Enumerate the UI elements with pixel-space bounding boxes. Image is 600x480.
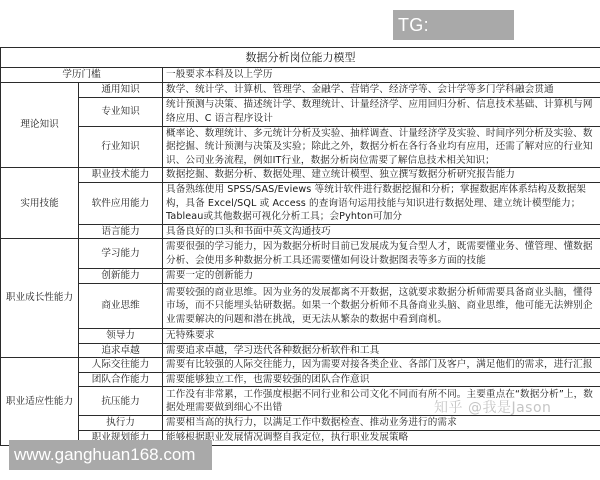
sub-item: 专业知识 (79, 97, 163, 126)
sub-desc: 需要相当高的执行力，以满足工作中数据检查、推动业务进行的需求 (163, 416, 600, 431)
sub-item: 行业知识 (79, 126, 163, 168)
table-title-row: 数据分析岗位能力模型 (1, 48, 600, 68)
table-row: 行业知识 概率论、数理统计、多元统计分析及实验、抽样调查、计量经济学及实验、时间… (1, 126, 600, 168)
sub-item: 职业技术能力 (79, 168, 163, 183)
sub-desc: 需要较强的商业思维。因为业务的发展都离不开数据，这就要求数据分析师需要具备商业头… (163, 283, 600, 328)
table-row: 执行力 需要相当高的执行力，以满足工作中数据检查、推动业务进行的需求 (1, 416, 600, 431)
table-row: 商业思维 需要较强的商业思维。因为业务的发展都离不开数据，这就要求数据分析师需要… (1, 283, 600, 328)
table-row: 职业成长性能力 学习能力 需要很强的学习能力，因为数据分析时目前已发展成为复合型… (1, 239, 600, 269)
education-desc: 一般要求本科及以上学历 (163, 68, 600, 83)
sub-desc: 具备熟练使用 SPSS/SAS/Eviews 等统计软件进行数据挖掘和分析；掌握… (163, 182, 600, 224)
sub-desc: 数学、统计学、计算机、管理学、金融学、营销学、经济学等、会计学等多门学科融会贯通 (163, 82, 600, 97)
table-row: 语言能力 具备良好的口头和书面中英文沟通技巧 (1, 224, 600, 239)
table-row: 理论知识 通用知识 数学、统计学、计算机、管理学、金融学、营销学、经济学等、会计… (1, 82, 600, 97)
sub-item: 人际交往能力 (79, 358, 163, 373)
sub-item: 学习能力 (79, 239, 163, 269)
table-row: 创新能力 需要一定的创新能力 (1, 269, 600, 284)
table-row: 追求卓越 需要追求卓越，学习迭代各种数据分析软件和工具 (1, 343, 600, 358)
table-title: 数据分析岗位能力模型 (1, 48, 600, 68)
sub-desc: 需要一定的创新能力 (163, 269, 600, 284)
watermark-bottom-left: www.ganghuan168.com (9, 440, 212, 470)
category-career-growth: 职业成长性能力 (1, 239, 79, 358)
table-row: 实用技能 职业技术能力 数据挖掘、数据分析、数据处理、建立统计模型、独立撰写数据… (1, 168, 600, 183)
sub-desc: 具备良好的口头和书面中英文沟通技巧 (163, 224, 600, 239)
sub-item: 执行力 (79, 416, 163, 431)
table-row: 职业适应性能力 人际交往能力 需要有比较强的人际交往能力，因为需要对接各类企业、… (1, 358, 600, 373)
sub-desc: 统计预测与决策、描述统计学、数理统计、计量经济学、应用回归分析、信息技术基础、计… (163, 97, 600, 126)
table-row-education: 学历门槛 一般要求本科及以上学历 (1, 68, 600, 83)
table-row: 团队合作能力 需要能够独立工作，也需要较强的团队合作意识 (1, 372, 600, 387)
category-practical-skills: 实用技能 (1, 168, 79, 239)
sub-item: 追求卓越 (79, 343, 163, 358)
sub-item: 通用知识 (79, 82, 163, 97)
sub-desc: 需要很强的学习能力，因为数据分析时目前已发展成为复合型人才，既需要懂业务、懂管理… (163, 239, 600, 269)
watermark-top-right: TG: MYYJJPP (393, 10, 514, 40)
category-theory: 理论知识 (1, 82, 79, 168)
sub-item: 抗压能力 (79, 387, 163, 416)
sub-item: 语言能力 (79, 224, 163, 239)
sub-item: 创新能力 (79, 269, 163, 284)
sub-item: 商业思维 (79, 283, 163, 328)
ability-model-table: 数据分析岗位能力模型 学历门槛 一般要求本科及以上学历 理论知识 通用知识 数学… (0, 47, 600, 446)
sub-desc: 需要有比较强的人际交往能力，因为需要对接各类企业、各部门及客户，满足他们的需求，… (163, 358, 600, 373)
sub-desc: 需要追求卓越，学习迭代各种数据分析软件和工具 (163, 343, 600, 358)
category-career-adaptability: 职业适应性能力 (1, 358, 79, 445)
table-row: 领导力 无特殊要求 (1, 328, 600, 343)
sub-item: 团队合作能力 (79, 372, 163, 387)
sub-desc: 工作没有非常累，工作强度根据不同行业和公司文化不同而有所不同。主要重点在“数据分… (163, 387, 600, 416)
sub-item: 领导力 (79, 328, 163, 343)
table-row: 专业知识 统计预测与决策、描述统计学、数理统计、计量经济学、应用回归分析、信息技… (1, 97, 600, 126)
education-label: 学历门槛 (1, 68, 163, 83)
sub-desc: 需要能够独立工作，也需要较强的团队合作意识 (163, 372, 600, 387)
sub-desc: 数据挖掘、数据分析、数据处理、建立统计模型、独立撰写数据分析研究报告能力 (163, 168, 600, 183)
sub-desc: 概率论、数理统计、多元统计分析及实验、抽样调查、计量经济学及实验、时间序列分析及… (163, 126, 600, 168)
table-row: 软件应用能力 具备熟练使用 SPSS/SAS/Eviews 等统计软件进行数据挖… (1, 182, 600, 224)
sub-desc: 无特殊要求 (163, 328, 600, 343)
sub-item: 软件应用能力 (79, 182, 163, 224)
sub-desc: 能够根据职业发展情况调整自我定位，执行职业发展策略 (163, 430, 600, 445)
table-row: 抗压能力 工作没有非常累，工作强度根据不同行业和公司文化不同而有所不同。主要重点… (1, 387, 600, 416)
